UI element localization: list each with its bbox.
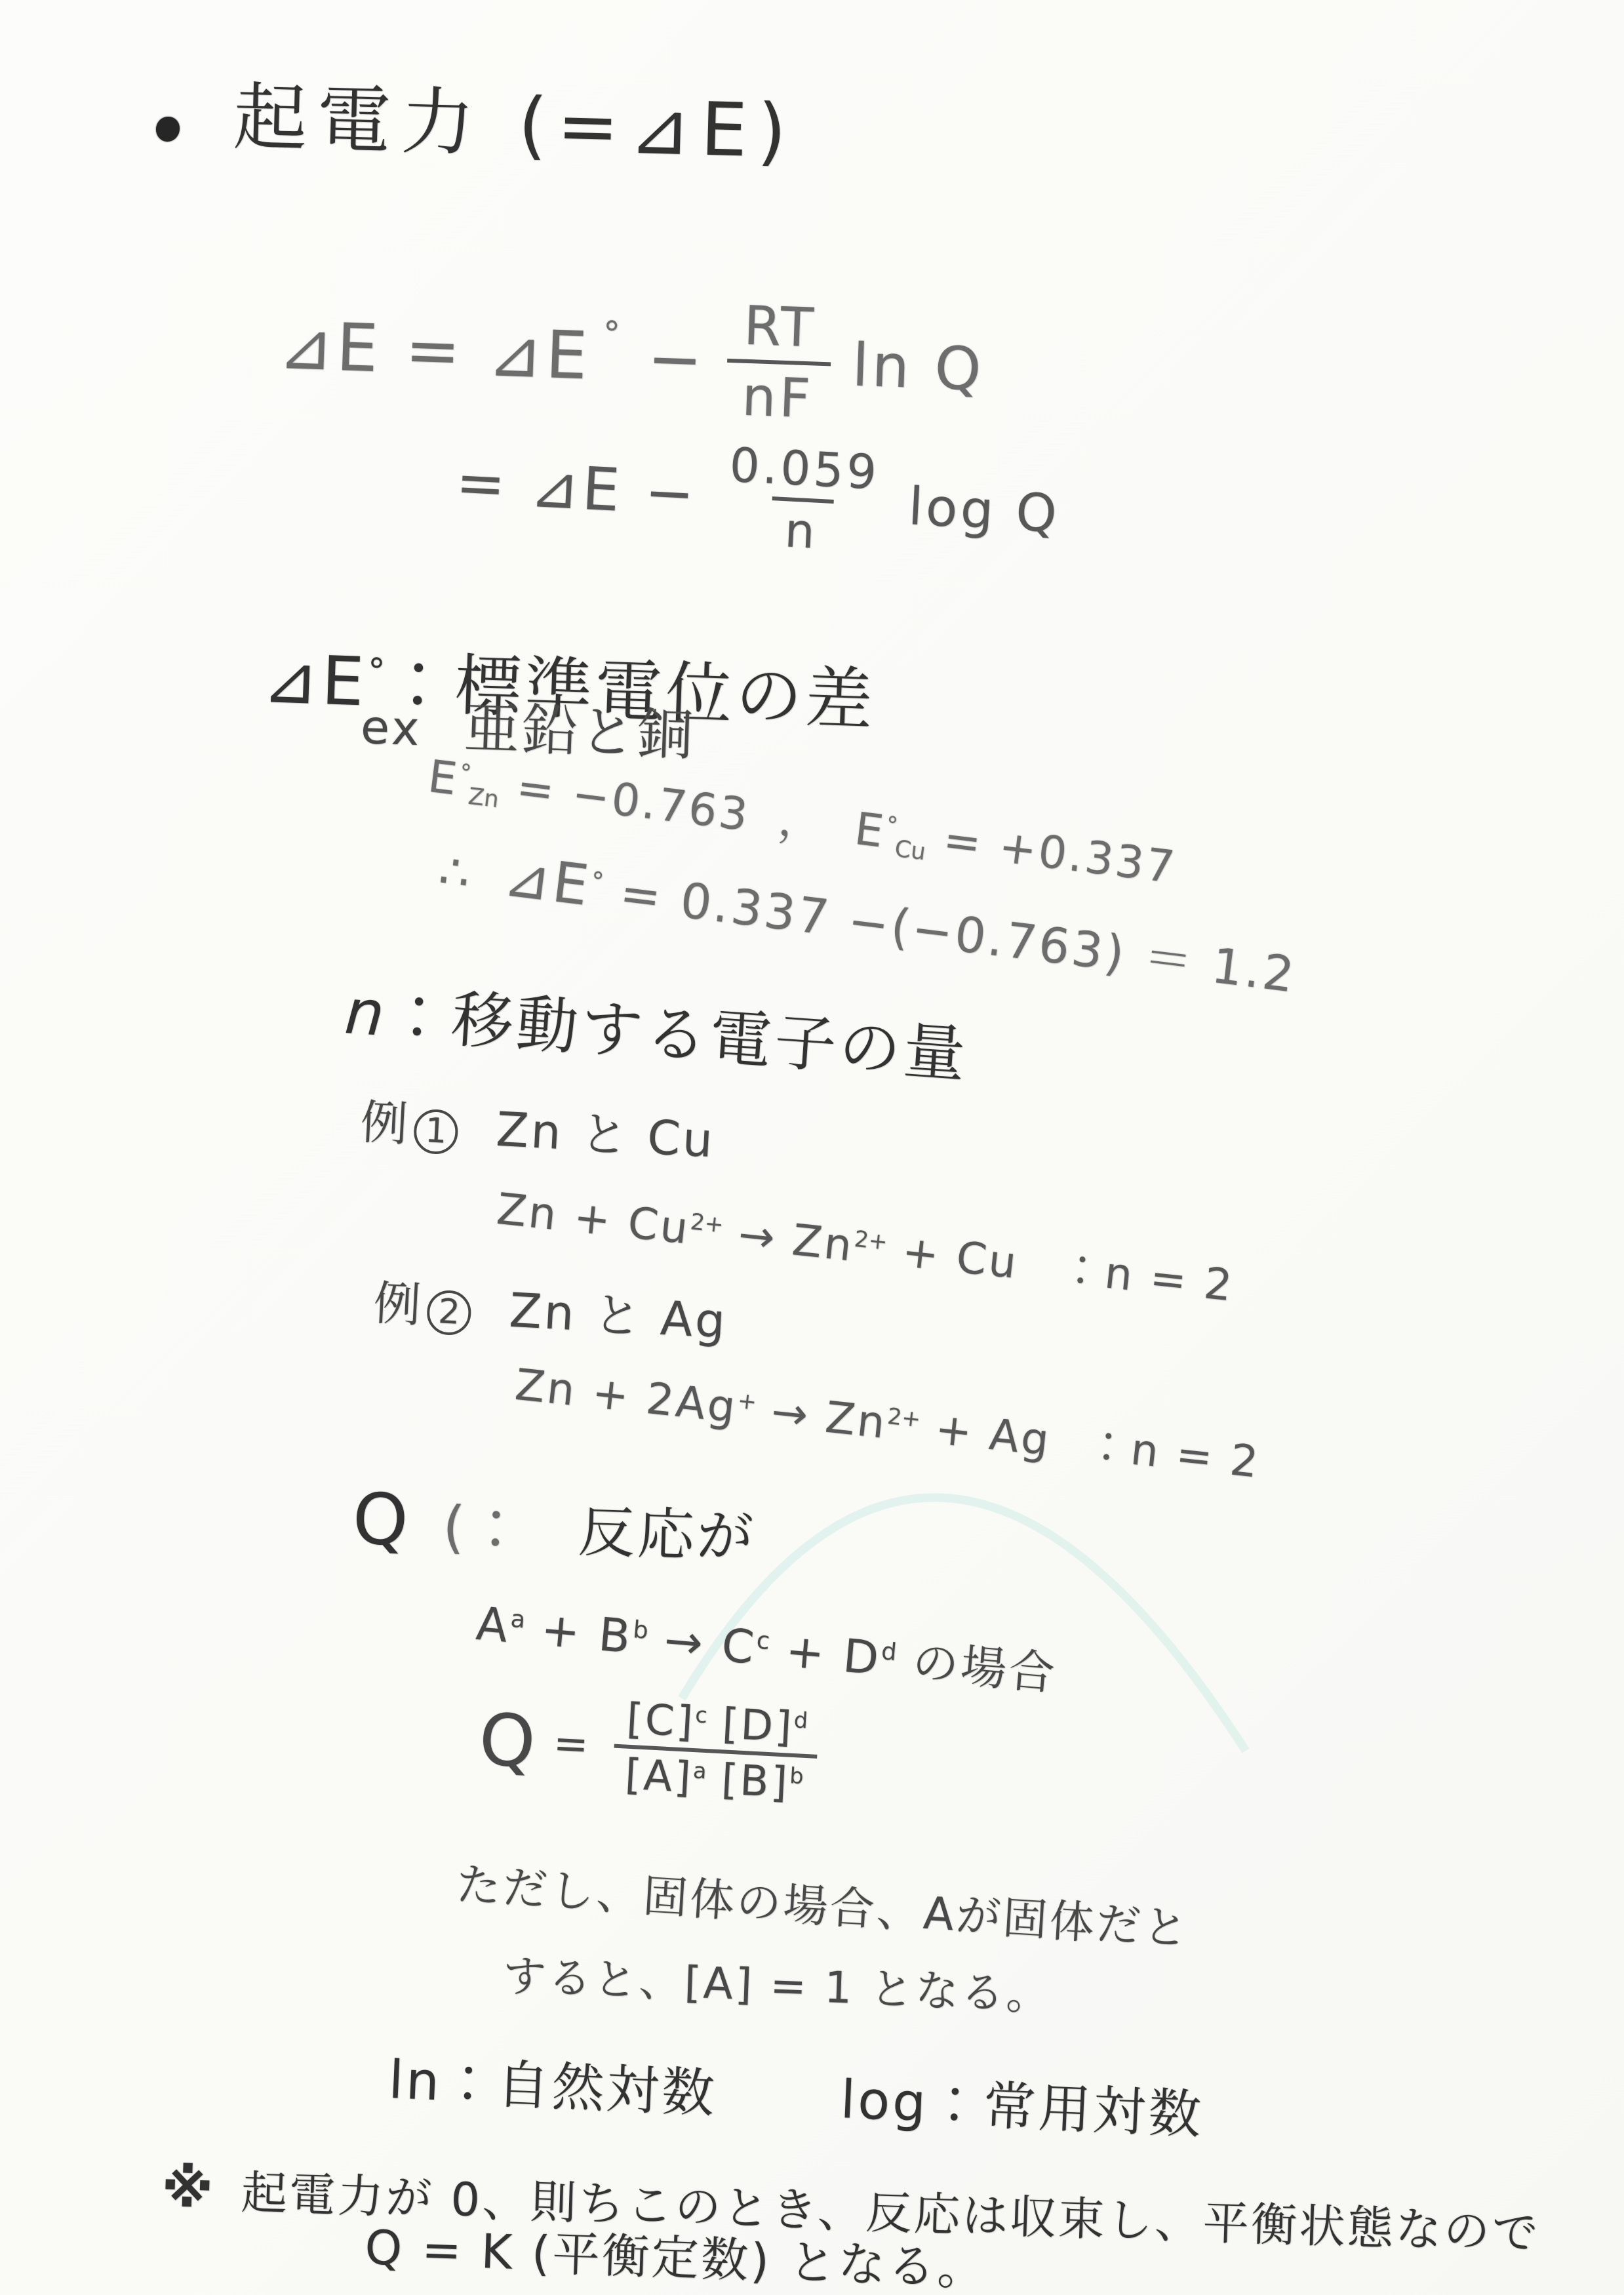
n-note: ：n = 2 [1083, 1419, 1262, 1487]
degree-superscript: ° [367, 652, 386, 690]
nernst-equation-ln: ⊿E = ⊿E° − RT nF ln Q [276, 281, 987, 435]
coef-superscript: c [755, 1627, 770, 1655]
q-symbol: Q [351, 1478, 412, 1562]
example-kanji: 例 [372, 1275, 425, 1333]
conc-d: [D] [705, 1699, 795, 1752]
degree-superscript: ° [603, 316, 621, 354]
log-definition: log：常用対数 [839, 2069, 1204, 2145]
e-value: = +0.337 [924, 812, 1179, 894]
therefore-sign: ∴ [436, 843, 476, 903]
n-definition: n：移動する電子の量 [343, 978, 970, 1090]
n-symbol: n [343, 976, 390, 1050]
comma: ， [776, 794, 829, 851]
coef-superscript: b [632, 1616, 650, 1644]
eq-lead: = ⊿E [454, 450, 624, 523]
cu-subscript: Cu [893, 837, 926, 866]
paren-colon: (： [442, 1494, 528, 1563]
ln-definition: ln：自然対数 [387, 2049, 719, 2125]
fraction-0059-n: 0.059 n [713, 439, 892, 562]
charge-superscript: 2+ [853, 1227, 888, 1256]
products: + Ag [917, 1402, 1054, 1466]
q-symbol: Q [477, 1700, 540, 1782]
term: ⊿E [500, 844, 595, 919]
species-c: → C [645, 1612, 759, 1675]
minus-sign: − [643, 460, 699, 527]
calculation-text: = 0.337 −(−0.763) ＝ 1.2 [599, 863, 1299, 1004]
minus-sign: − [646, 323, 707, 397]
species-a: A [474, 1597, 512, 1653]
zn-subscript: Zn [467, 784, 500, 813]
exp-superscript: b [789, 1764, 804, 1789]
circled-number-1: 1 [412, 1108, 459, 1155]
metal-pair: Zn と Ag [508, 1283, 729, 1349]
q-expression: Q = [C]c [D]d [A]a [B]b [477, 1688, 827, 1808]
n-note: ：n = 2 [1057, 1243, 1236, 1311]
q-definition: Q (： 反応が [351, 1481, 757, 1572]
example-kanji: 例 [359, 1094, 412, 1152]
charge-superscript: 2+ [689, 1210, 724, 1239]
e-symbol: E [426, 751, 462, 806]
circled-number-2: 2 [426, 1289, 472, 1336]
concentration-fraction: [C]c [D]d [A]a [B]b [611, 1696, 820, 1808]
metal-pair: Zn と Cu [495, 1102, 717, 1168]
charge-superscript: 2+ [886, 1405, 922, 1433]
conc-c: [C] [625, 1695, 696, 1747]
fraction-denominator: [A]a [B]b [611, 1744, 817, 1808]
page-title-text: 起電力 (=⊿E) [233, 75, 798, 174]
equals-sign: = [552, 1721, 591, 1768]
fraction-denominator: n [769, 496, 833, 559]
exp-superscript: d [793, 1708, 808, 1733]
exp-superscript: a [692, 1759, 707, 1784]
solid-note-line1: ただし、固体の場合、Aが固体だと [454, 1861, 1191, 1955]
reactants: Zn + Cu [494, 1184, 692, 1254]
example-metals: 亜鉛と銅 [463, 696, 696, 768]
example1-label: 例1 Zn と Cu [359, 1096, 717, 1168]
note-text: ただし、固体の場合、Aが固体だと [454, 1859, 1191, 1955]
charge-superscript: + [736, 1389, 758, 1416]
coef-superscript: a [509, 1606, 526, 1633]
general-reaction: Aa + Bb → Cc + Dd の場合 [474, 1599, 1059, 1700]
eq-lead: ⊿E = ⊿E [277, 309, 592, 393]
arrow-products: → Zn [753, 1385, 890, 1449]
exp-superscript: c [694, 1703, 707, 1728]
e-symbol: E [852, 803, 888, 858]
solid-note-line2: すると、[A] = 1 となる。 [502, 1953, 1052, 2020]
notebook-page: 起電力 (=⊿E) ⊿E = ⊿E° − RT nF ln Q = ⊿E − 0… [0, 0, 1624, 2295]
arrow-products: → Zn [720, 1207, 856, 1271]
note-text: すると、[A] = 1 となる。 [502, 1951, 1052, 2020]
page-title: 起電力 (=⊿E) [233, 77, 798, 173]
e-value: = −0.763 [498, 760, 753, 842]
case-suffix: の場合 [894, 1633, 1059, 1701]
eq-tail: ln Q [851, 333, 985, 403]
definition-text: ：移動する電子の量 [385, 979, 971, 1091]
fraction-denominator: nF [725, 359, 831, 429]
example2-reaction: Zn + 2Ag+ → Zn2+ + Ag ：n = 2 [513, 1361, 1262, 1487]
species-b: + B [523, 1601, 635, 1664]
example2-label: 例2 Zn と Ag [372, 1277, 729, 1349]
products: + Cu [884, 1224, 1021, 1288]
reactants: Zn + 2Ag [513, 1359, 740, 1433]
example-label: ex [360, 700, 423, 756]
species-d: + D [766, 1622, 883, 1686]
conc-a: [A] [624, 1751, 694, 1803]
fraction-numerator: 0.059 [717, 439, 893, 502]
example-header: ex 亜鉛と銅 [360, 694, 697, 766]
fraction-rt-nf: RT nF [725, 296, 833, 429]
conc-b: [B] [705, 1755, 791, 1808]
fraction-numerator: RT [729, 296, 831, 362]
reference-mark: ※ [161, 2157, 216, 2220]
spacer [736, 2113, 821, 2117]
coef-superscript: d [881, 1638, 898, 1666]
eq-tail: log Q [907, 477, 1061, 542]
nernst-equation-log: = ⊿E − 0.059 n log Q [453, 425, 1063, 570]
term: ⊿E [261, 640, 368, 722]
log-definitions: ln：自然対数 log：常用対数 [387, 2051, 1204, 2144]
bullet-dot-icon [156, 117, 180, 142]
definition-text: 反応が [578, 1499, 757, 1570]
